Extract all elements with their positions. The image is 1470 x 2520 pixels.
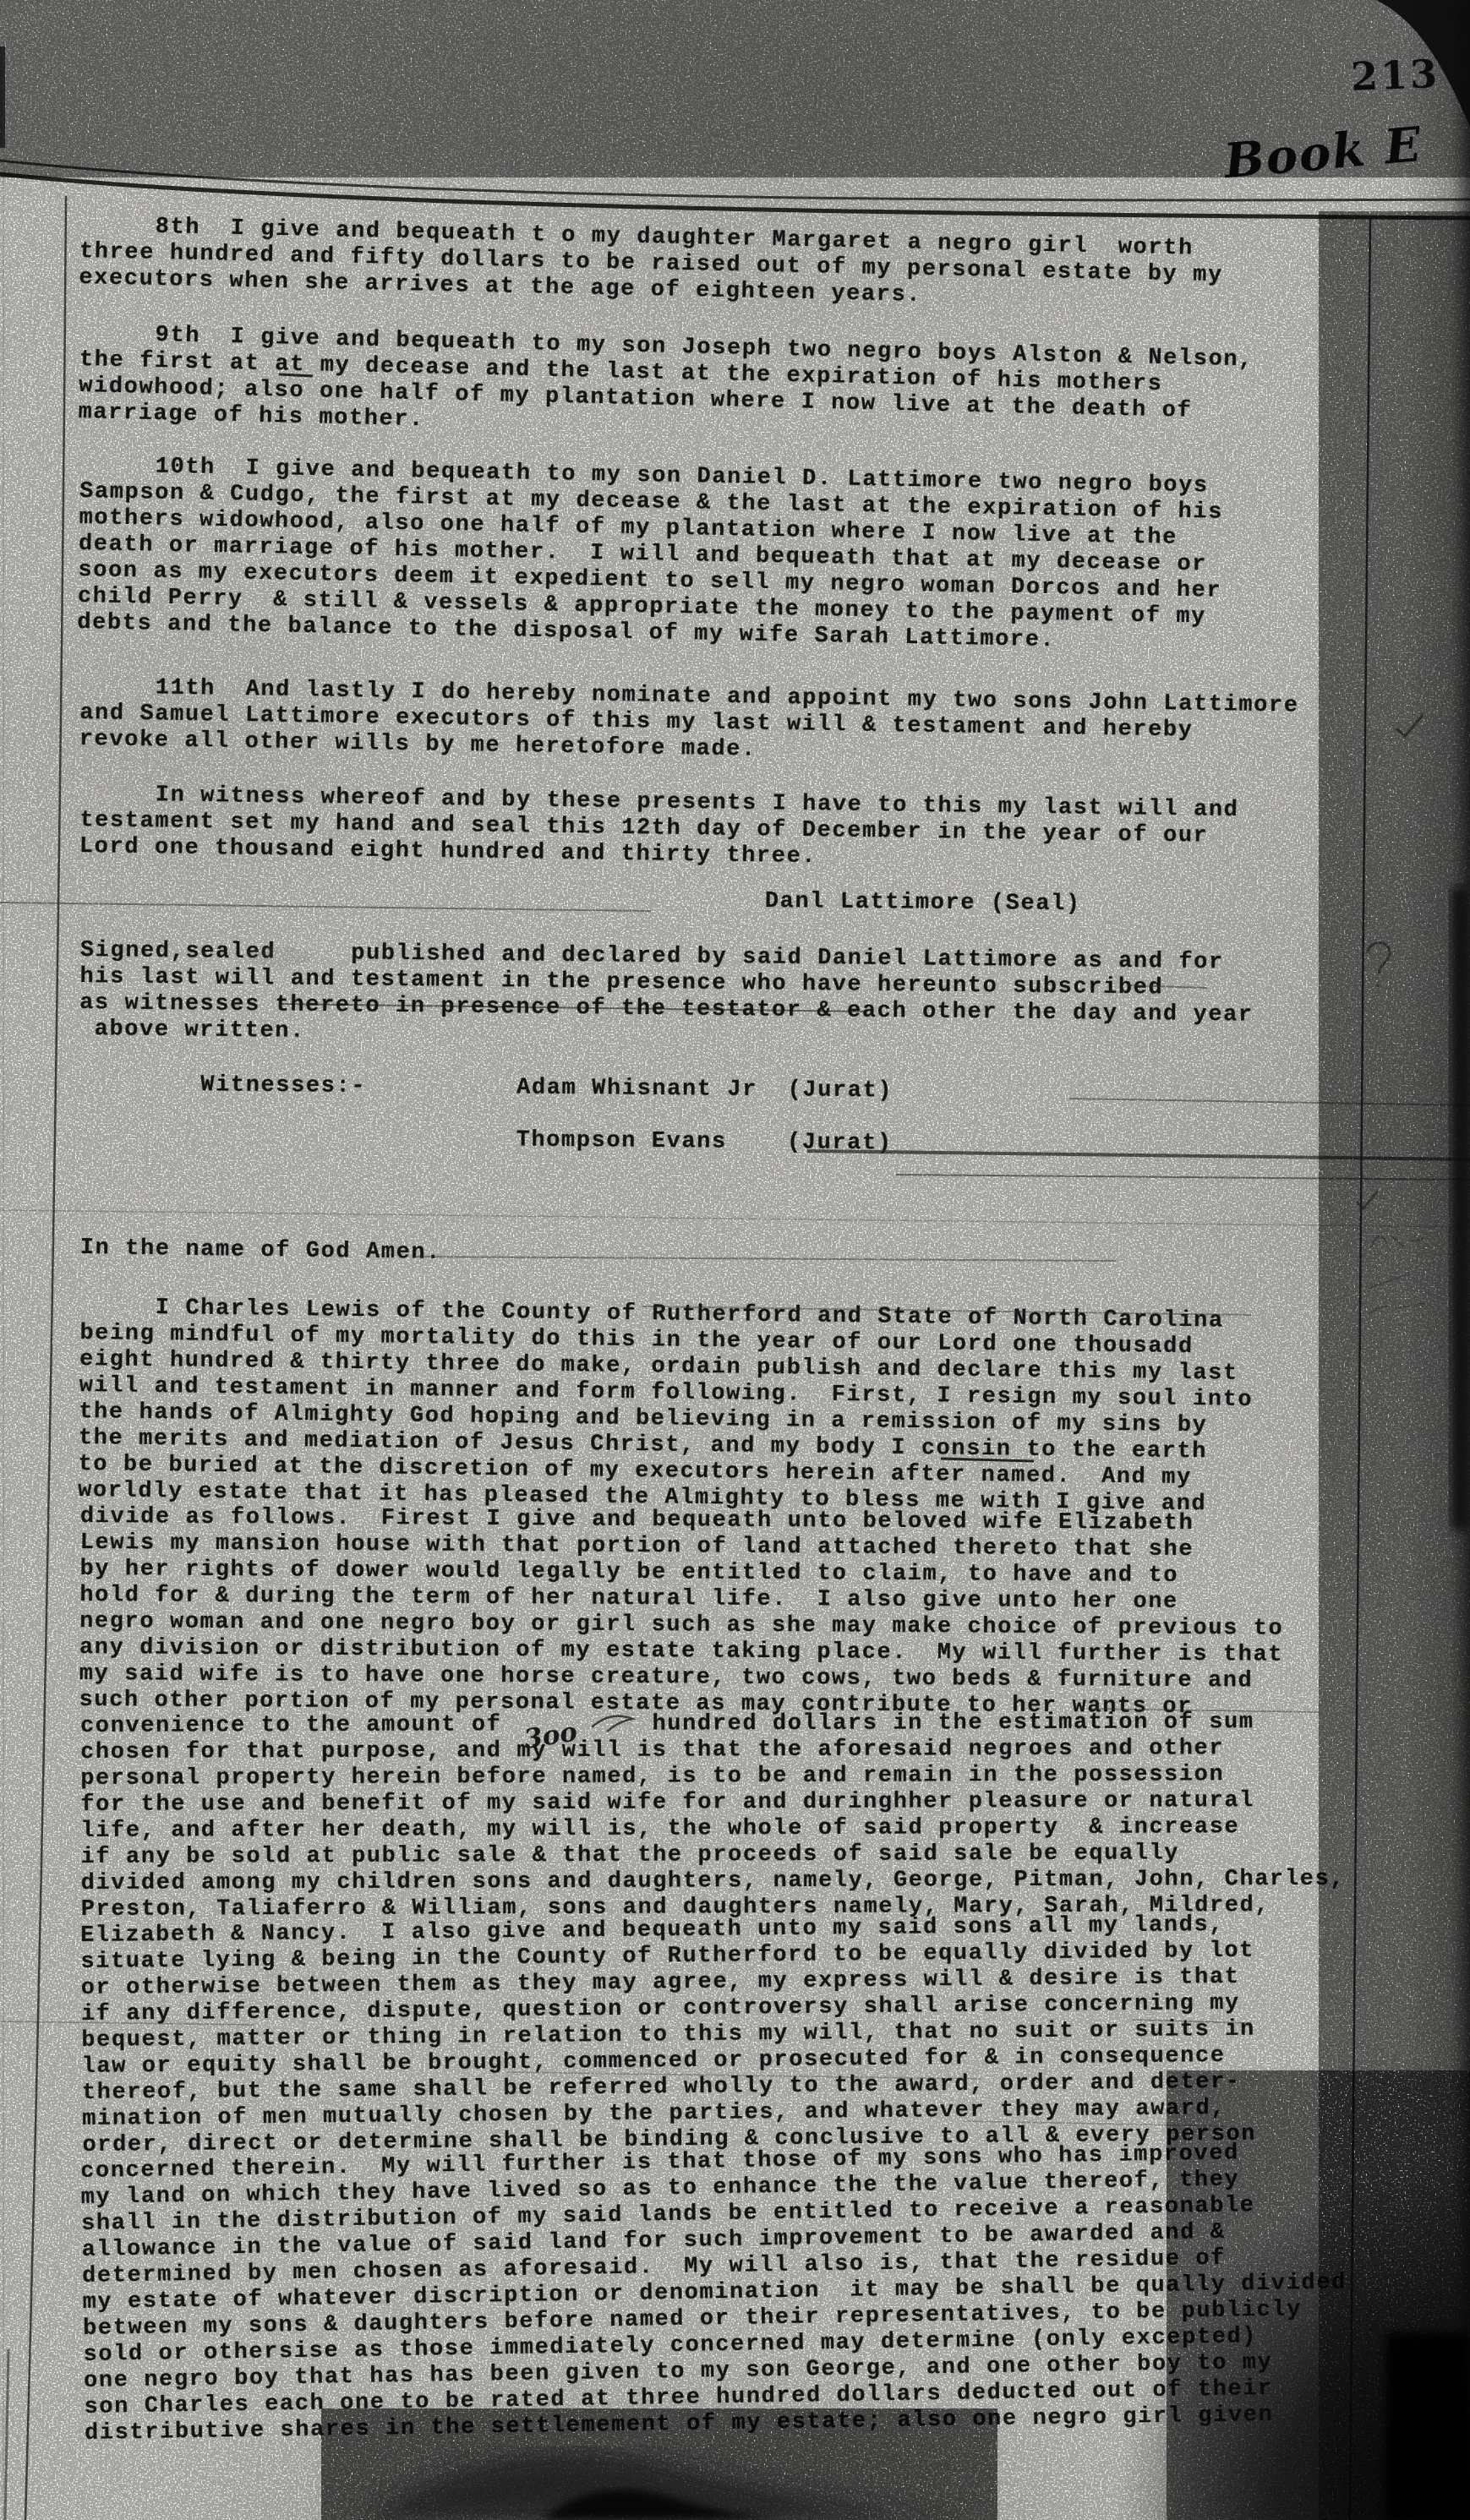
scanned-will-page: 8th I give and bequeath t o my daughter … <box>0 0 1470 2520</box>
scan-artifacts-layer <box>0 0 1470 2520</box>
paper-grain <box>0 0 1470 2520</box>
left-edge-sliver-top <box>0 46 5 148</box>
